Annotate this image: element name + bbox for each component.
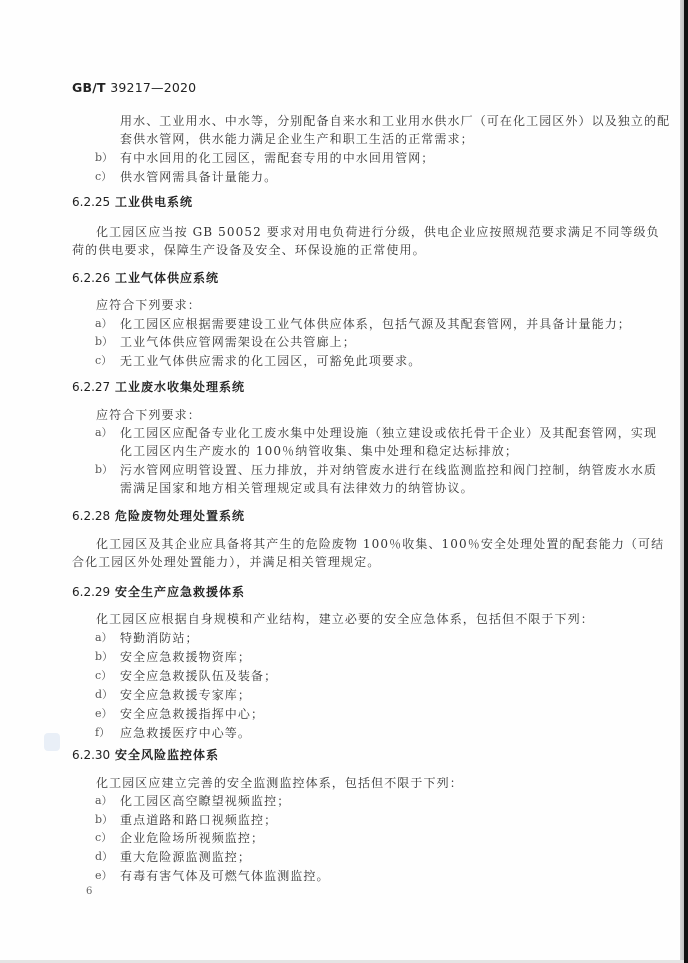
section-heading-6-2-29: 6.2.29安全生产应急救援体系 [72,584,245,600]
list-label: b） [95,649,113,665]
list-label: a） [95,630,113,646]
section-title: 安全风险监控体系 [115,748,219,762]
document-page: GB/T 39217—2020 用水、工业用水、中水等，分别配备自来水和工业用水… [0,0,680,960]
list-label: f） [95,725,110,741]
section-number: 6.2.28 [72,508,115,524]
section-number: 6.2.27 [72,379,115,395]
watermark-stamp [44,733,60,751]
section-title: 工业气体供应系统 [115,271,219,285]
list-label: b） [95,812,113,828]
list-item: 企业危险场所视频监控； [120,830,264,846]
list-item: 化工园区应配备专业化工废水集中处理设施（独立建设或依托骨干企业）及其配套管网，实… [120,425,657,441]
list-item: 安全应急救援队伍及装备； [120,668,277,684]
section-heading-6-2-25: 6.2.25工业供电系统 [72,194,193,210]
list-item: 特勤消防站； [120,630,199,646]
paragraph-line: 荷的供电要求，保障生产设备及安全、环保设施的正常使用。 [72,242,426,258]
list-label: b） [95,150,113,166]
paragraph-line: 用水、工业用水、中水等，分别配备自来水和工业用水供水厂（可在化工园区外）以及独立… [120,113,670,129]
list-item: 无工业气体供应需求的化工园区，可豁免此项要求。 [120,353,421,369]
standard-number: 39217—2020 [110,80,196,95]
section-title: 危险废物处理处置系统 [115,509,245,523]
list-label: d） [95,849,113,865]
list-item: 工业气体供应管网需架设在公共管廊上； [120,334,356,350]
list-item-continuation: 需满足国家和地方相关管理规定或具有法律效力的纳管协议。 [120,480,474,496]
standard-code-header: GB/T 39217—2020 [72,80,196,95]
list-item: 安全应急救援指挥中心； [120,706,264,722]
list-label: a） [95,425,113,441]
paragraph-line: 应符合下列要求： [96,407,201,423]
list-label: c） [95,169,112,185]
section-title: 工业废水收集处理系统 [115,380,245,394]
list-label: c） [95,353,112,369]
section-heading-6-2-30: 6.2.30安全风险监控体系 [72,747,219,763]
list-label: b） [95,462,113,478]
section-number: 6.2.25 [72,194,115,210]
section-heading-6-2-27: 6.2.27工业废水收集处理系统 [72,379,245,395]
list-item: 应急救援医疗中心等。 [120,725,251,741]
section-title: 安全生产应急救援体系 [115,585,245,599]
list-label: c） [95,668,112,684]
list-label: d） [95,687,113,703]
list-item: 化工园区高空瞭望视频监控； [120,793,290,809]
viewer-edge [684,0,688,963]
list-item: 供水管网需具备计量能力。 [120,169,277,185]
section-title: 工业供电系统 [115,195,193,209]
list-label: a） [95,793,113,809]
section-number: 6.2.30 [72,747,115,763]
list-item: 安全应急救援专家库； [120,687,251,703]
list-item: 重大危险源监测监控； [120,849,251,865]
list-label: c） [95,830,112,846]
section-number: 6.2.29 [72,584,115,600]
paragraph-line: 化工园区应当按 GB 50052 要求对用电负荷进行分级，供电企业应按照规范要求… [96,224,660,240]
paragraph-line: 化工园区及其企业应具备将其产生的危险废物 100％收集、100％安全处理处置的配… [96,536,664,552]
list-item-continuation: 化工园区内生产废水的 100％纳管收集、集中处理和稳定达标排放； [120,443,518,459]
list-label: e） [95,706,113,722]
paragraph-line: 套供水管网，供水能力满足企业生产和职工生活的正常需求； [120,131,474,147]
list-item: 污水管网应明管设置、压力排放，并对纳管废水进行在线监测监控和阀门控制，纳管废水水… [120,462,657,478]
section-heading-6-2-26: 6.2.26工业气体供应系统 [72,270,219,286]
paragraph-line: 应符合下列要求： [96,297,201,313]
page-number: 6 [86,886,92,897]
list-item: 安全应急救援物资库； [120,649,251,665]
list-item: 有中水回用的化工园区，需配套专用的中水回用管网； [120,150,434,166]
paragraph-line: 化工园区应建立完善的安全监测监控体系，包括但不限于下列： [96,775,463,791]
standard-prefix: GB/T [72,80,106,95]
list-label: e） [95,868,113,884]
list-item: 有毒有害气体及可燃气体监测监控。 [120,868,330,884]
section-heading-6-2-28: 6.2.28危险废物处理处置系统 [72,508,245,524]
paragraph-line: 合化工园区外处理处置能力），并满足相关管理规定。 [72,554,380,570]
list-label: a） [95,316,113,332]
list-item: 化工园区应根据需要建设工业气体供应体系，包括气源及其配套管网，并具备计量能力； [120,316,631,332]
paragraph-line: 化工园区应根据自身规模和产业结构，建立必要的安全应急体系，包括但不限于下列： [96,611,594,627]
list-label: b） [95,334,113,350]
list-item: 重点道路和路口视频监控； [120,812,277,828]
section-number: 6.2.26 [72,270,115,286]
